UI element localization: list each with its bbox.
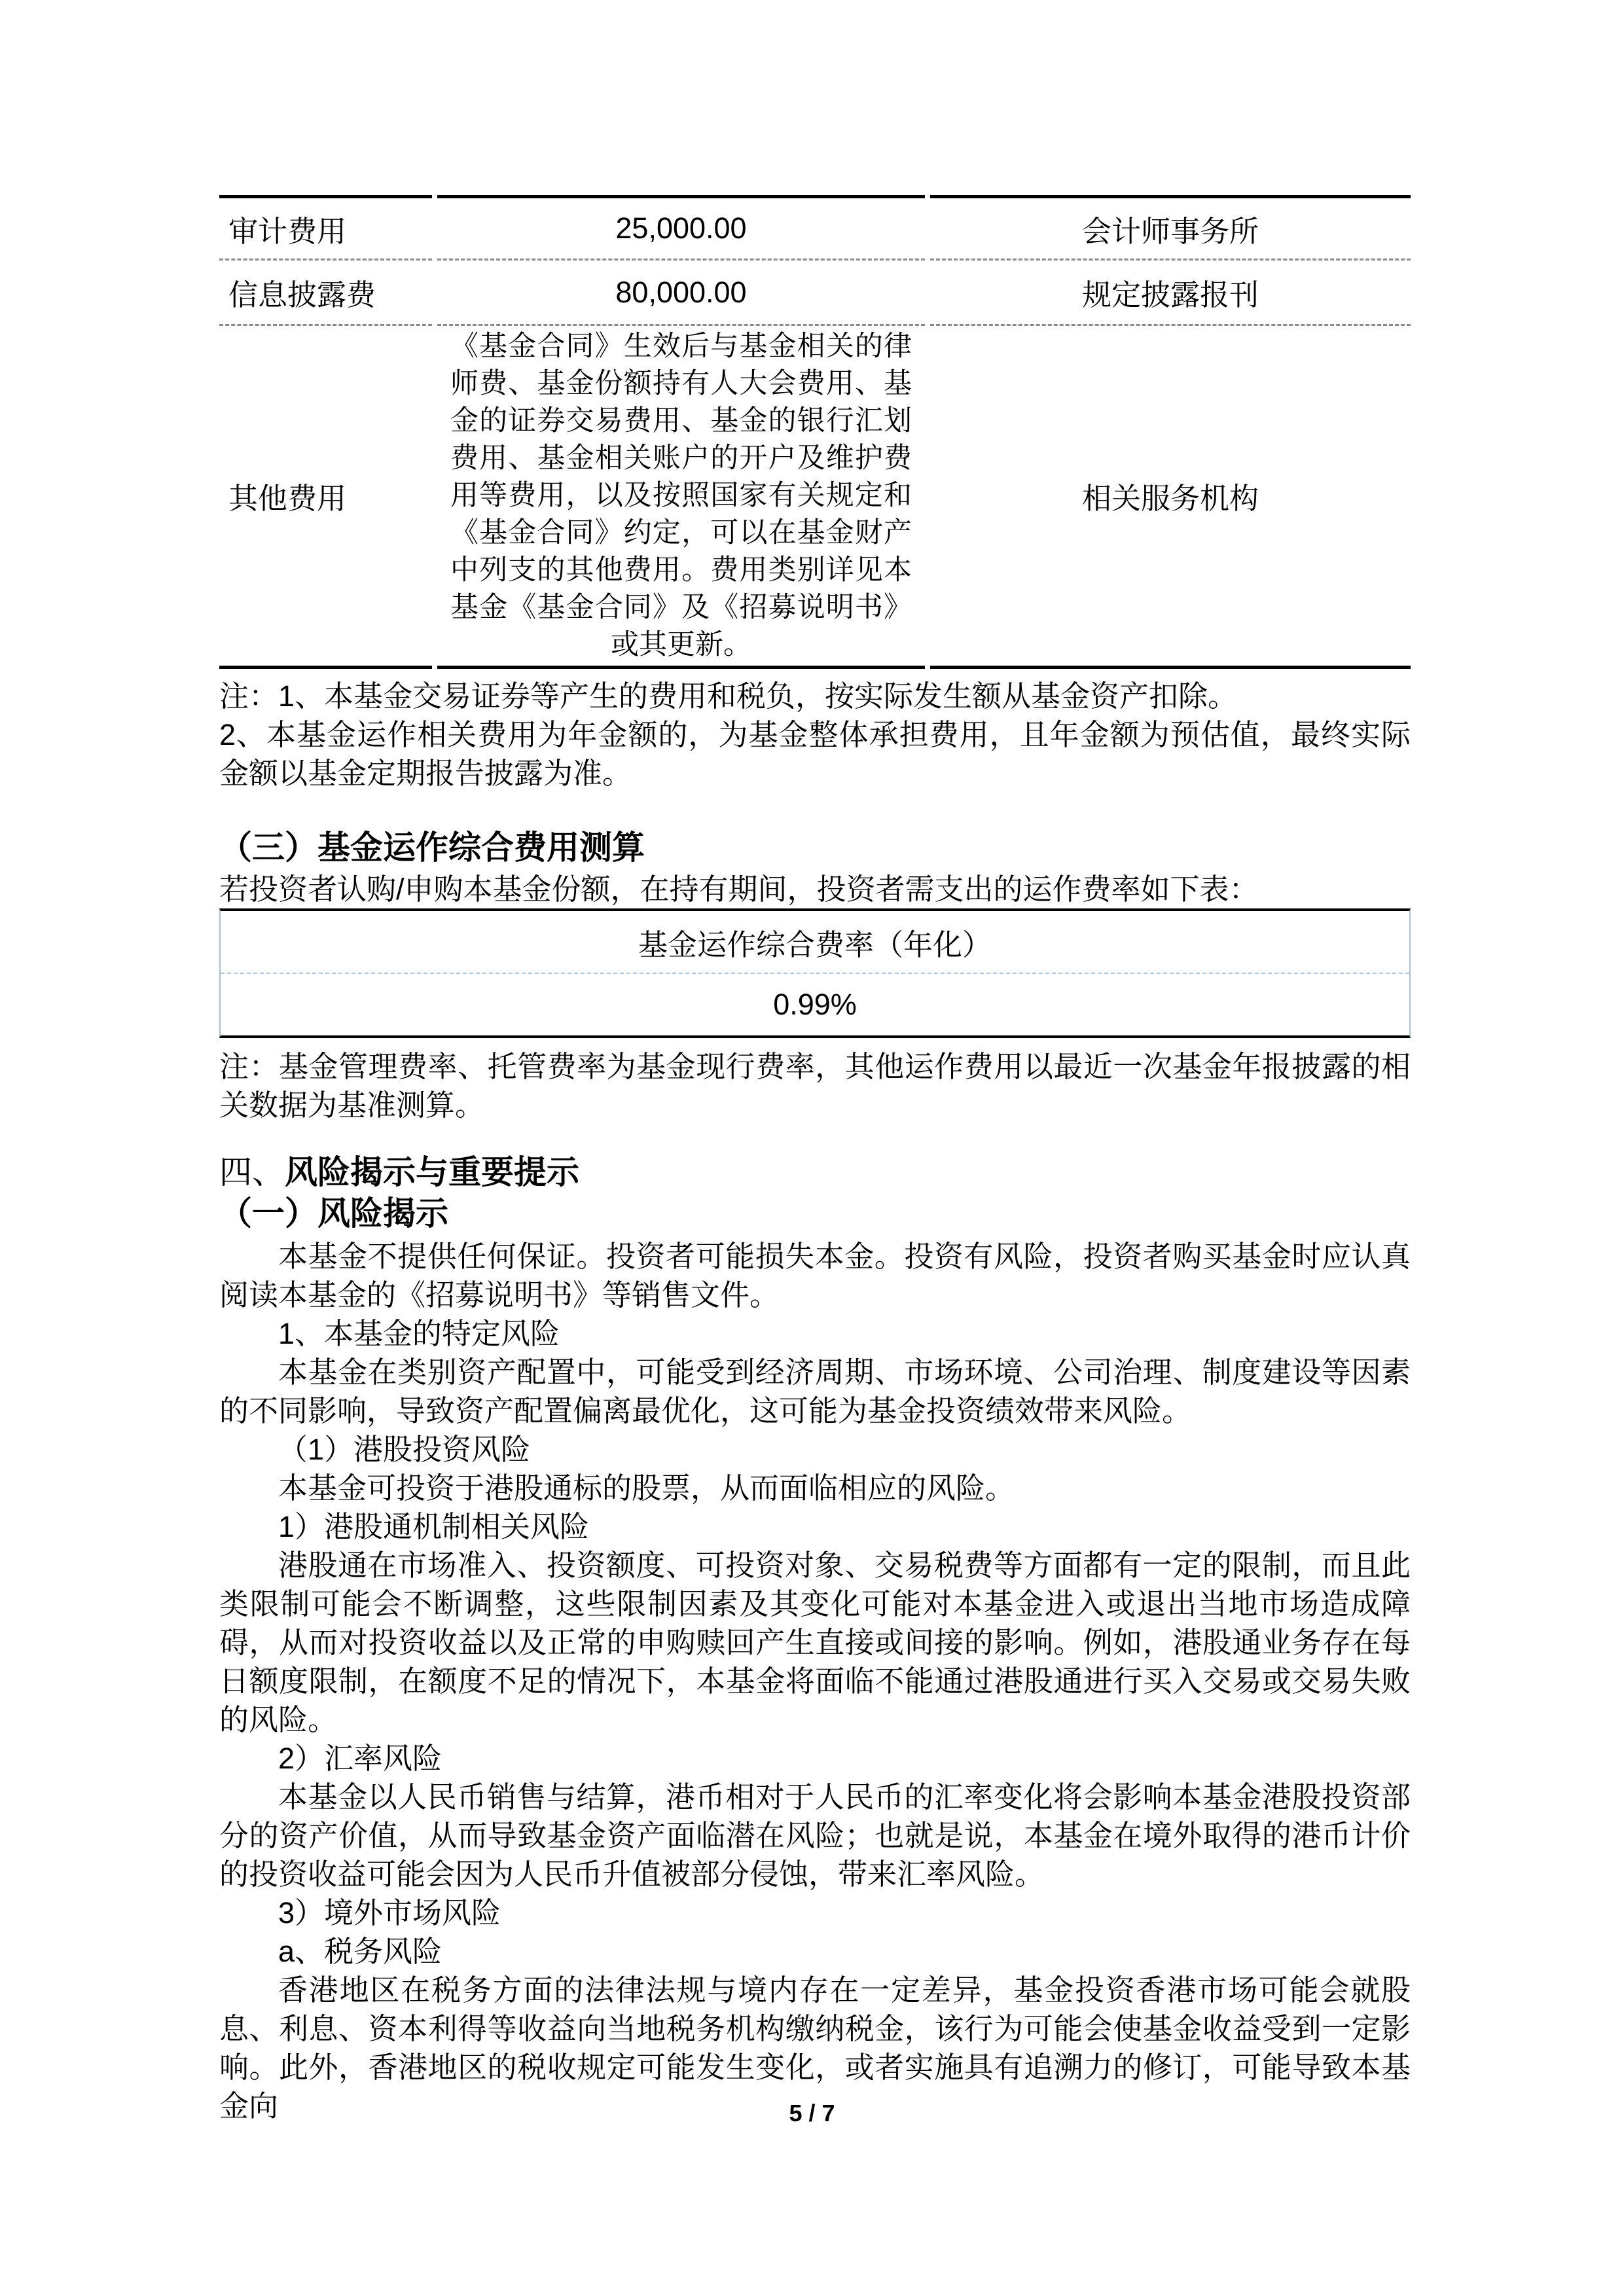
risk-paragraph: （1）港股投资风险 [219,1430,1411,1469]
section3-heading: （三）基金运作综合费用测算 [219,827,1411,869]
rate-value-text: 0.99% [773,988,857,1022]
fee-row-description: 《基金合同》生效后与基金相关的律师费、基金份额持有人大会费用、基金的证券交易费用… [437,326,925,669]
risk-paragraph: 本基金以人民币销售与结算，港币相对于人民币的汇率变化将会影响本基金港股投资部分的… [219,1778,1411,1893]
fee-row-payee: 会计师事务所 [930,195,1411,260]
risk-paragraph: 本基金可投资于港股通标的股票，从而面临相应的风险。 [219,1469,1411,1507]
risk-paragraph: 本基金不提供任何保证。投资者可能损失本金。投资有风险，投资者购买基金时应认真阅读… [219,1237,1411,1314]
rate-note: 注：基金管理费率、托管费率为基金现行费率，其他运作费用以最近一次基金年报披露的相… [219,1047,1411,1124]
fee-row-payee: 相关服务机构 [930,326,1411,669]
page-content: 审计费用 25,000.00 会计师事务所 信息披露费 80,000.00 规定… [219,195,1411,2125]
risk-paragraph: 3）境外市场风险 [219,1893,1411,1932]
risk-paragraph: 1）港股通机制相关风险 [219,1507,1411,1546]
fee-amount-text: 80,000.00 [615,276,746,310]
section3-intro: 若投资者认购/申购本基金份额，在持有期间，投资者需支出的运作费率如下表： [219,870,1411,908]
section4-number: 四、 [219,1154,285,1191]
fee-row-name: 信息披露费 [219,260,432,326]
fees-table: 审计费用 25,000.00 会计师事务所 信息披露费 80,000.00 规定… [219,195,1411,669]
fee-name-text: 信息披露费 [228,271,376,314]
risk-paragraph: 2）汇率风险 [219,1739,1411,1778]
document-page: 审计费用 25,000.00 会计师事务所 信息披露费 80,000.00 规定… [0,0,1624,2296]
rate-table-value: 0.99% [221,974,1409,1035]
risk-subheading: （一）风险揭示 [219,1193,1411,1234]
fees-note-1: 注：1、本基金交易证券等产生的费用和税负，按实际发生额从基金资产扣除。 [219,677,1411,715]
fee-payee-text: 会计师事务所 [1082,207,1259,250]
fees-note-2: 2、本基金运作相关费用为年金额的，为基金整体承担费用，且年金额为预估值，最终实际… [219,715,1411,793]
fee-name-text: 其他费用 [228,475,346,517]
fee-amount-text: 25,000.00 [615,211,746,245]
risk-paragraphs: 本基金不提供任何保证。投资者可能损失本金。投资有风险，投资者购买基金时应认真阅读… [219,1237,1411,2125]
risk-paragraph: 本基金在类别资产配置中，可能受到经济周期、市场环境、公司治理、制度建设等因素的不… [219,1353,1411,1430]
section4-heading: 四、风险揭示与重要提示 [219,1152,1411,1193]
rate-table-header: 基金运作综合费率（年化） [221,911,1409,974]
fee-payee-text: 相关服务机构 [1082,475,1259,517]
risk-paragraph: 1、本基金的特定风险 [219,1314,1411,1353]
rate-table: 基金运作综合费率（年化） 0.99% [219,908,1411,1038]
rate-header-text: 基金运作综合费率（年化） [638,921,992,963]
page-number: 5 / 7 [0,2100,1624,2127]
fee-payee-text: 规定披露报刊 [1082,271,1259,314]
fee-row-amount: 80,000.00 [437,260,925,326]
fee-row-payee: 规定披露报刊 [930,260,1411,326]
fee-name-text: 审计费用 [228,207,346,250]
fee-row-name: 其他费用 [219,326,432,669]
section4-title: 风险揭示与重要提示 [285,1154,579,1191]
fee-description-text: 《基金合同》生效后与基金相关的律师费、基金份额持有人大会费用、基金的证券交易费用… [437,328,925,664]
risk-paragraph: 港股通在市场准入、投资额度、可投资对象、交易税费等方面都有一定的限制，而且此类限… [219,1546,1411,1739]
fee-row-name: 审计费用 [219,195,432,260]
risk-paragraph: a、税务风险 [219,1932,1411,1971]
fee-row-amount: 25,000.00 [437,195,925,260]
